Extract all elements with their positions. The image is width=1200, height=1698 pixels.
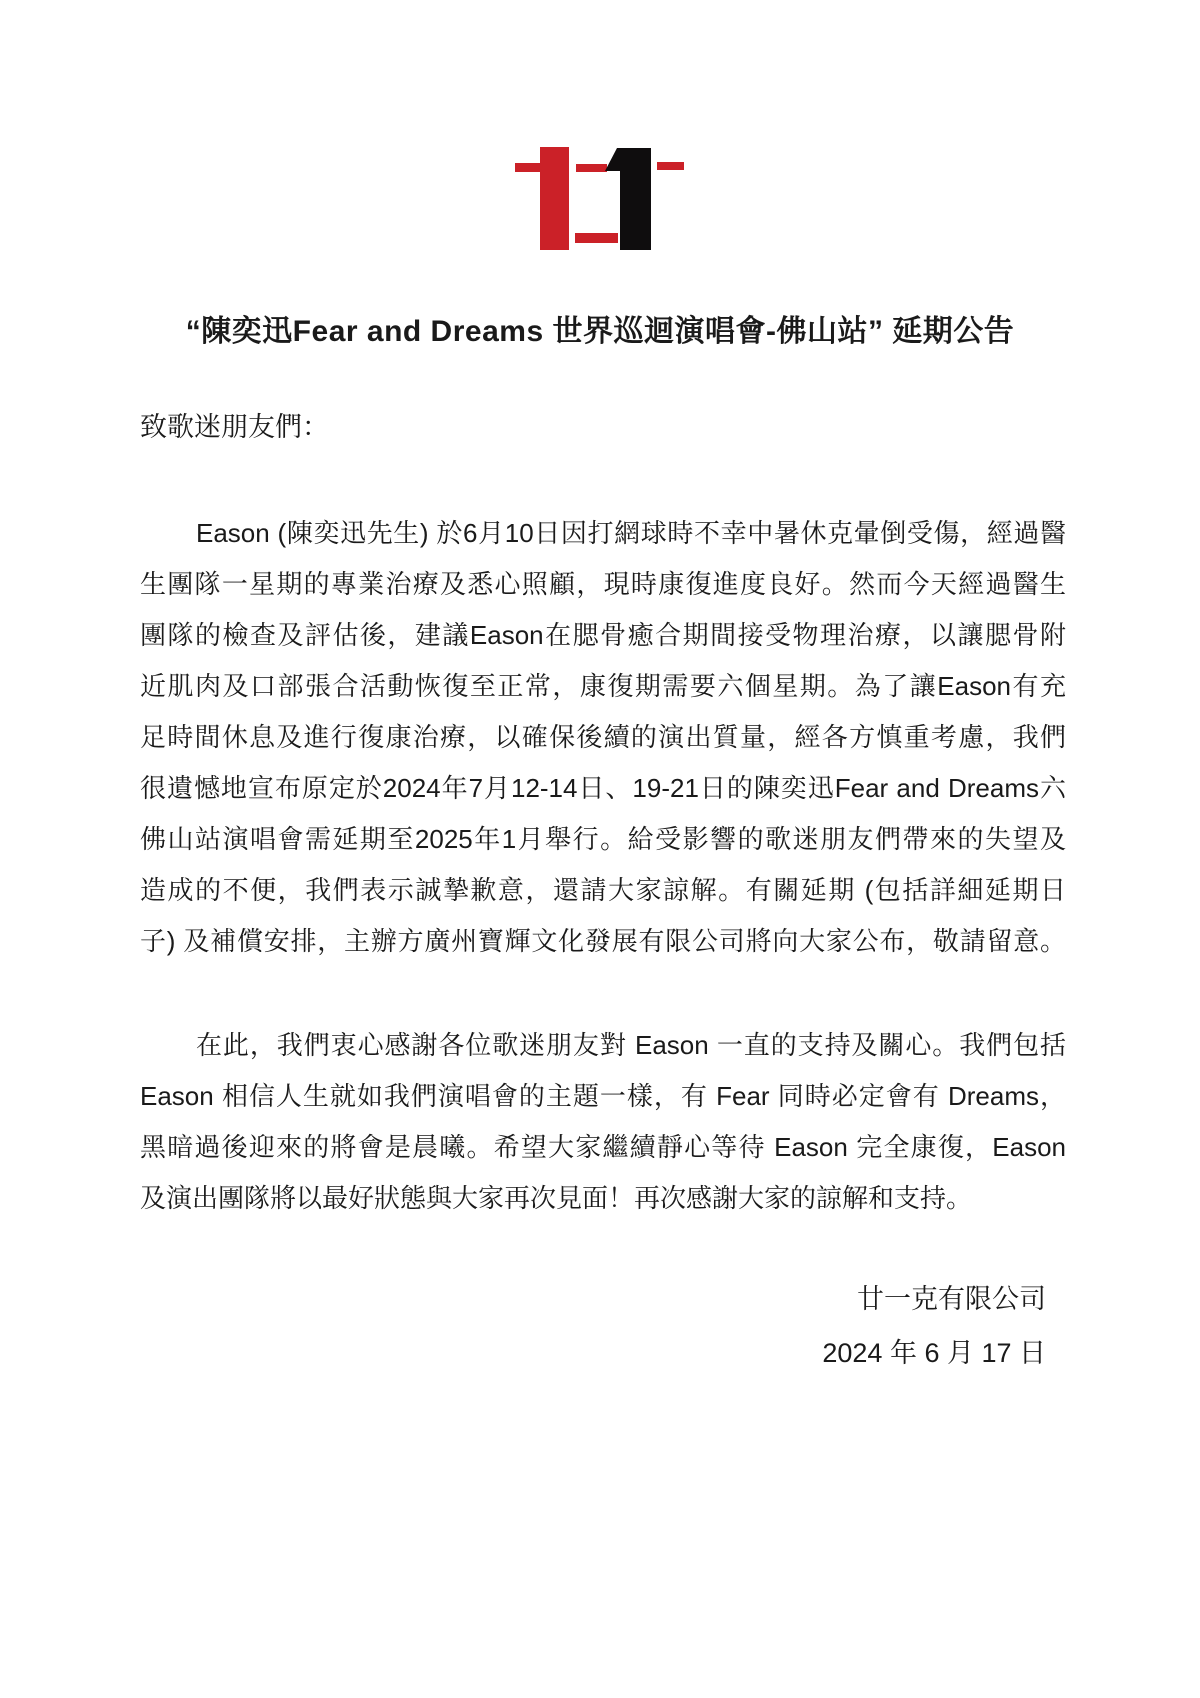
- announcement-title: “陳奕迅Fear and Dreams 世界巡迴演唱會-佛山站” 延期公告: [0, 312, 1200, 352]
- paragraph-line: 生團隊一星期的專業治療及悉心照顧，現時康復進度良好。然而今天經過醫生: [140, 559, 1066, 610]
- paragraph-1: Eason (陳奕迅先生) 於6月10日因打網球時不幸中暑休克暈倒受傷，經過醫 …: [140, 508, 1066, 967]
- paragraph-line: 團隊的檢查及評估後，建議Eason在腮骨癒合期間接受物理治療，以讓腮骨附: [140, 610, 1066, 661]
- paragraph-line: 近肌肉及口部張合活動恢復至正常，康復期需要六個星期。為了讓Eason有充: [140, 661, 1066, 712]
- twenty-one-grams-logo-icon: [515, 147, 685, 251]
- paragraph-line: Eason (陳奕迅先生) 於6月10日因打網球時不幸中暑休克暈倒受傷，經過醫: [140, 508, 1066, 559]
- logo-top-middle-dash: [576, 164, 607, 172]
- announcement-document: “陳奕迅Fear and Dreams 世界巡迴演唱會-佛山站” 延期公告 致歌…: [0, 0, 1200, 1698]
- salutation: 致歌迷朋友們：: [140, 410, 329, 444]
- paragraph-line: 在此，我們衷心感謝各位歌迷朋友對 Eason 一直的支持及關心。我們包括: [140, 1020, 1066, 1071]
- paragraph-line: Eason 相信人生就如我們演唱會的主題一樣，有 Fear 同時必定會有 Dre…: [140, 1071, 1066, 1122]
- signature-block: 廿一克有限公司 2024 年 6 月 17 日: [140, 1272, 1066, 1380]
- paragraph-line: 造成的不便，我們表示誠摯歉意，還請大家諒解。有關延期 (包括詳細延期日: [140, 865, 1066, 916]
- signature-company: 廿一克有限公司: [140, 1272, 1046, 1326]
- paragraph-line: 及演出團隊將以最好狀態與大家再次見面！再次感謝大家的諒解和支持。: [140, 1173, 1066, 1224]
- logo-bottom-middle-dash: [575, 233, 618, 243]
- logo-left-dash: [515, 163, 541, 172]
- paragraph-line: 子) 及補償安排，主辦方廣州寶輝文化發展有限公司將向大家公布，敬請留意。: [140, 916, 1066, 967]
- paragraph-line: 很遺憾地宣布原定於2024年7月12-14日、19-21日的陳奕迅Fear an…: [140, 763, 1066, 814]
- paragraph-2: 在此，我們衷心感謝各位歌迷朋友對 Eason 一直的支持及關心。我們包括 Eas…: [140, 1020, 1066, 1224]
- paragraph-line: 佛山站演唱會需延期至2025年1月舉行。給受影響的歌迷朋友們帶來的失望及: [140, 814, 1066, 865]
- logo-red-bar: [540, 147, 569, 250]
- company-logo: [515, 147, 685, 251]
- paragraph-line: 黑暗過後迎來的將會是晨曦。希望大家繼續靜心等待 Eason 完全康復，Eason: [140, 1122, 1066, 1173]
- logo-right-dash: [657, 162, 684, 170]
- paragraph-line: 足時間休息及進行復康治療，以確保後續的演出質量，經各方慎重考慮，我們: [140, 712, 1066, 763]
- signature-date: 2024 年 6 月 17 日: [140, 1326, 1046, 1380]
